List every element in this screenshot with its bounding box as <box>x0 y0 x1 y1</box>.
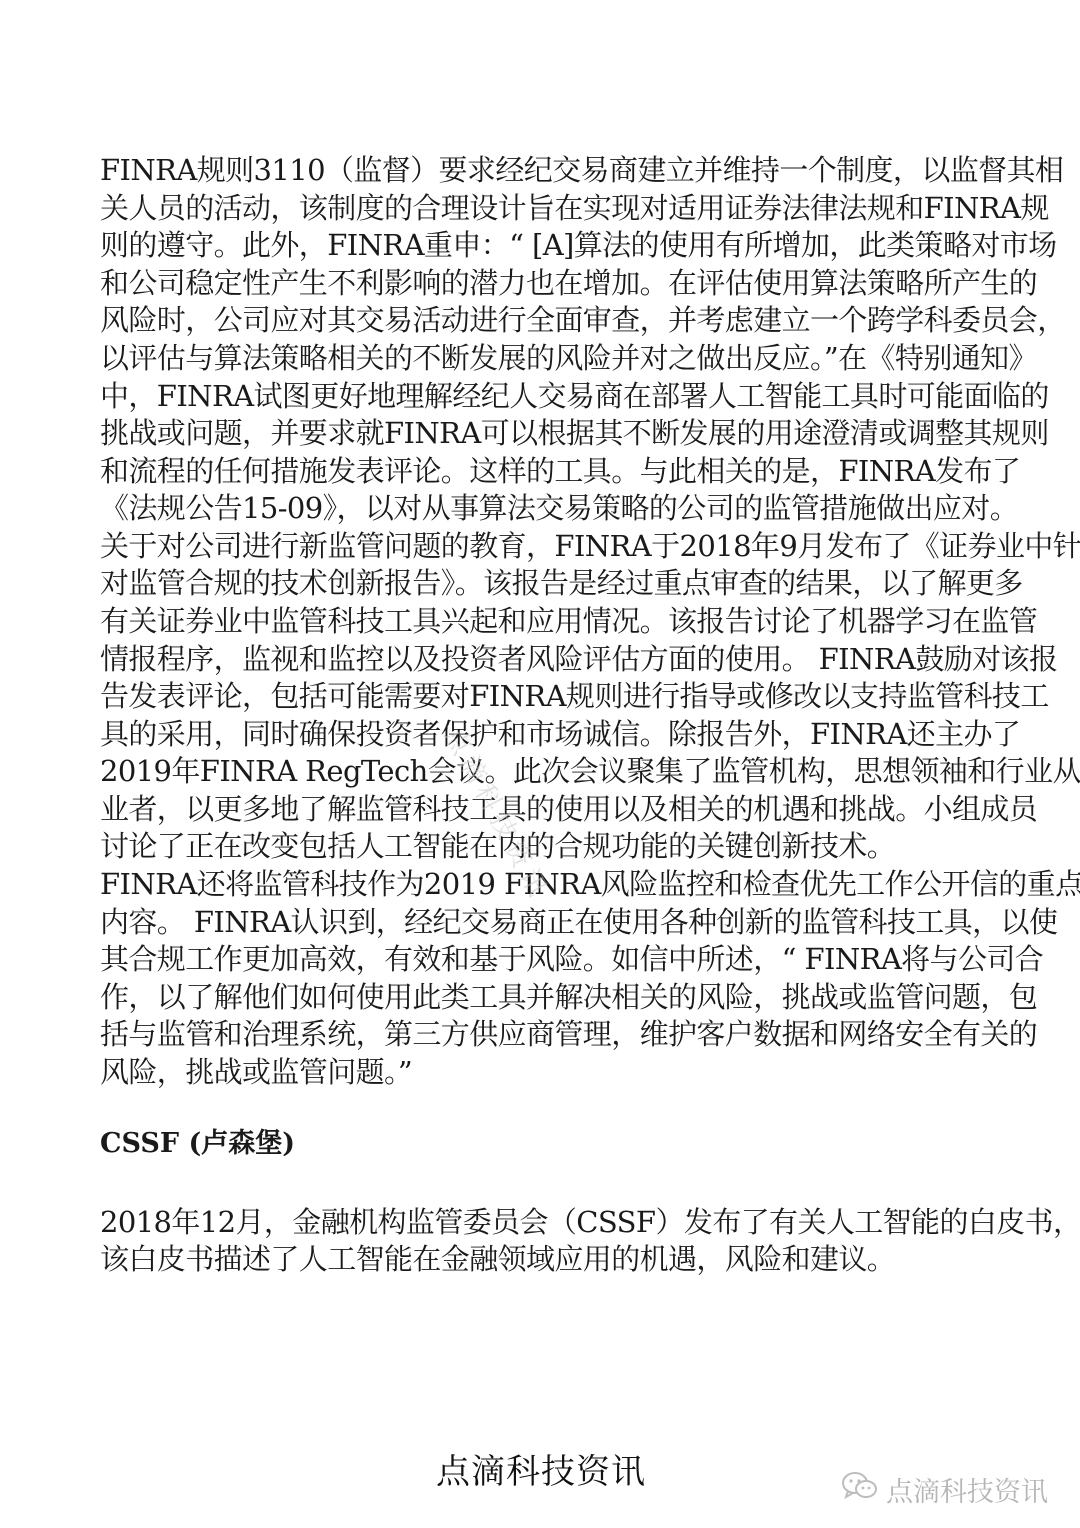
section-heading-cssf: CSSF (卢森堡) <box>100 1126 295 1162</box>
footer-brand: 点滴科技资讯 <box>840 1470 1048 1509</box>
text-line: 和公司稳定性产生不利影响的潜力也在增加。在评估使用算法策略所产生的 <box>100 265 966 301</box>
text-line: 该白皮书描述了人工智能在金融领域应用的机遇，风险和建议。 <box>100 1241 895 1277</box>
text-line: 和流程的任何措施发表评论。这样的工具。与此相关的是，FINRA发布了 <box>100 453 966 489</box>
text-line: 业者，以更多地了解监管科技工具的使用以及相关的机遇和挑战。小组成员 <box>100 791 966 827</box>
text-line: 情报程序，监视和监控以及投资者风险评估方面的使用。 FINRA鼓励对该报 <box>100 641 966 677</box>
text-line: FINRA还将监管科技作为2019 FINRA风险监控和检查优先工作公开信的重点 <box>100 866 966 902</box>
text-line: 挑战或问题，并要求就FINRA可以根据其不断发展的用途澄清或调整其规则 <box>100 415 966 451</box>
text-line: 对监管合规的技术创新报告》。该报告是经过重点审查的结果，以了解更多 <box>100 565 966 601</box>
text-line: 讨论了正在改变包括人工智能在内的合规功能的关键创新技术。 <box>100 828 895 864</box>
text-line: 风险时，公司应对其交易活动进行全面审查，并考虑建立一个跨学科委员会， <box>100 302 966 338</box>
text-line: 风险，挑战或监管问题。” <box>100 1054 412 1090</box>
text-line: 其合规工作更加高效，有效和基于风险。如信中所述，“ FINRA将与公司合 <box>100 941 966 977</box>
text-line: 关于对公司进行新监管问题的教育，FINRA于2018年9月发布了《证券业中针 <box>100 528 966 564</box>
footer-brand-label: 点滴科技资讯 <box>886 1470 1048 1509</box>
document-page: FINRA规则3110（监督）要求经纪交易商建立并维持一个制度，以监督其相 关人… <box>0 0 1080 1528</box>
text-line: 2019年FINRA RegTech会议。此次会议聚集了监管机构，思想领袖和行业… <box>100 753 966 789</box>
text-line: 具的采用，同时确保投资者保护和市场诚信。除报告外，FINRA还主办了 <box>100 716 966 752</box>
text-line: 有关证券业中监管科技工具兴起和应用情况。该报告讨论了机器学习在监管 <box>100 603 966 639</box>
text-line: FINRA规则3110（监督）要求经纪交易商建立并维持一个制度，以监督其相 <box>100 152 966 188</box>
text-line: 括与监管和治理系统，第三方供应商管理，维护客户数据和网络安全有关的 <box>100 1016 966 1052</box>
text-line: 内容。 FINRA认识到，经纪交易商正在使用各种创新的监管科技工具，以使 <box>100 904 966 940</box>
wechat-icon <box>840 1470 880 1509</box>
text-line: 以评估与算法策略相关的不断发展的风险并对之做出反应。”在《特别通知》 <box>100 340 966 376</box>
text-line: 作，以了解他们如何使用此类工具并解决相关的风险，挑战或监管问题，包 <box>100 979 966 1015</box>
text-line: 告发表评论，包括可能需要对FINRA规则进行指导或修改以支持监管科技工 <box>100 678 966 714</box>
text-line: 中，FINRA试图更好地理解经纪人交易商在部署人工智能工具时可能面临的 <box>100 378 966 414</box>
text-line: 《法规公告15-09》，以对从事算法交易策略的公司的监管措施做出应对。 <box>100 490 1018 526</box>
text-line: 关人员的活动，该制度的合理设计旨在实现对适用证券法律法规和FINRA规 <box>100 190 966 226</box>
text-line: 则的遵守。此外，FINRA重申：“ [A]算法的使用有所增加，此类策略对市场 <box>100 227 966 263</box>
footer-title: 点滴科技资讯 <box>436 1452 646 1492</box>
text-line: 2018年12月，金融机构监管委员会（CSSF）发布了有关人工智能的白皮书， <box>100 1204 1080 1240</box>
